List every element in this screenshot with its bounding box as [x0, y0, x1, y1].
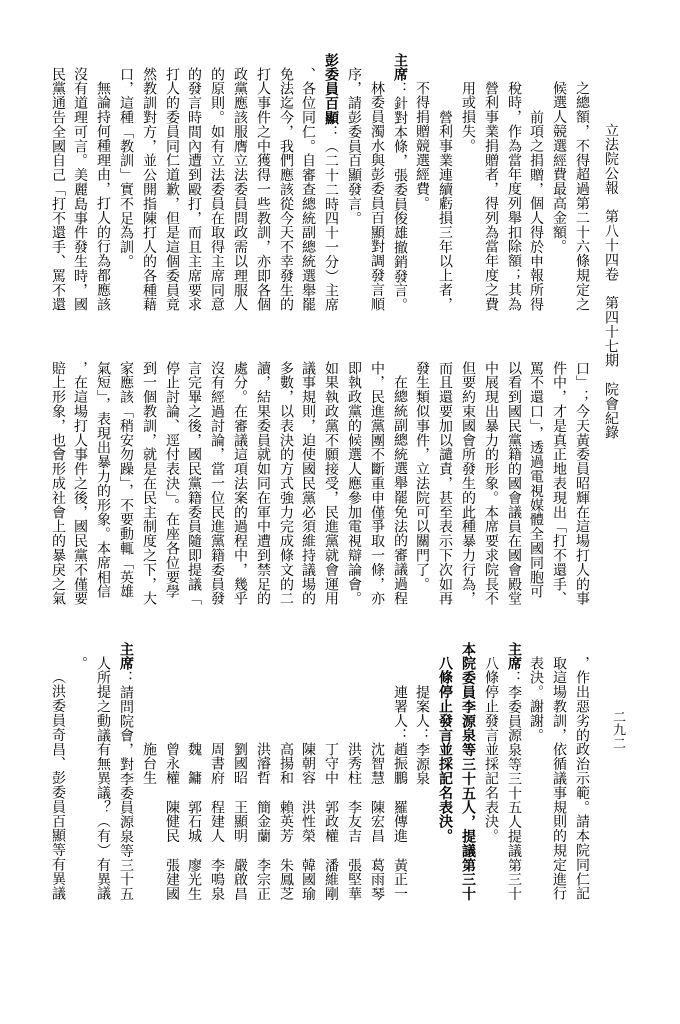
cosigner-name: 洪濬哲: [252, 742, 274, 785]
tier1-line: 無論持何種理由，打人的行為都應該: [92, 81, 114, 311]
cosigner-name: 簡金蘭: [252, 800, 274, 843]
cosigner-name: 王顯明: [229, 800, 251, 843]
cosigner-name: 劉國昭: [229, 742, 251, 785]
cosigner-name: 洪性榮: [297, 800, 319, 843]
cosigner-name: 沈智慧: [366, 742, 388, 785]
tier2-line: 而且還要加以譴責，甚至表示下次如再: [434, 361, 456, 606]
tier1-line: 的發言時間內遭到毆打，而且主席要求: [183, 67, 205, 312]
tier1-line: 之總額，不得超過第二十六條規定之: [571, 81, 593, 311]
cosigner-name: 李鳴泉: [206, 858, 228, 901]
cosigner-name: 高揚和: [275, 742, 297, 785]
tier2-line: 多數，以表決的方式強力完成條文的二: [275, 361, 297, 606]
speaker-name: 主席: [392, 53, 408, 82]
cosigner-name: 張堅華: [343, 858, 365, 901]
tier3-line: 八條停止發言並採記名表決。: [480, 656, 502, 843]
tier1-line: 口，這種「教訓」實不足為訓。: [115, 67, 137, 269]
tier1-line: 營利事業連續虧損三年以上者，: [434, 110, 456, 312]
tier1-line: 然教訓對方，並公開指陳打人的各種藉: [138, 67, 160, 312]
tier1-line: 用或損失。: [457, 81, 479, 153]
chair-remark: 主席：請問院會，對李委員源泉等三十五: [115, 642, 137, 901]
tier1-line: 免法迄今，我們應該從今天不幸發生的: [275, 67, 297, 312]
speech-text: ：針對本條，張委員俊雄撤銷發言。: [392, 82, 408, 312]
cosigner-name: 賴英芳: [275, 800, 297, 843]
tier2-line: 停止討論、逕付表決」。在座各位要學: [161, 361, 183, 599]
cosigner-name: 丁守中: [320, 742, 342, 785]
speech-text: ：請問院會，對李委員源泉等三十五: [118, 671, 134, 901]
tier2-line: 在總統副總統選舉罷免法的審議過程: [389, 375, 411, 605]
tier3-line: 人所提之動議有無異議？（有）有異議: [92, 656, 114, 901]
cosigner-name: 李友吉: [343, 800, 365, 843]
tier2-line: 賠上形象，也會形成社會上的暴戾之氣: [47, 361, 69, 606]
tier2-line: 家應該「稍安勿躁」，不要動輒「英雄: [115, 361, 137, 599]
cosigner-name: 廖光生: [183, 858, 205, 901]
tier2-line: 但要約束國會所發生的此種暴力行為，: [457, 361, 479, 606]
cosigner-name: 陳健民: [161, 800, 183, 843]
tier1-line: 稅時，作為當年度列舉扣除額；其為: [503, 81, 525, 311]
cosigner-name: 程建人: [206, 800, 228, 843]
tier2-line: 罵不還口」，透過電視媒體全國同胞可: [525, 361, 547, 599]
publication-title: 立法院公報: [603, 123, 619, 195]
tier3-line: 。: [69, 656, 91, 670]
tier3-line: （洪委員奇昌、彭委員百顯等有異議: [47, 670, 69, 900]
tier1-line: 打人的委員同仁道歉，但是這個委員竟: [161, 67, 183, 312]
cosigner-name: 潘維剛: [320, 858, 342, 901]
speaker-name: 彭委員百顯: [323, 53, 339, 125]
tier1-line: 林委員濁水與彭委員百顯對調發言順: [366, 81, 388, 311]
tier2-line: 氣短」，表現出暴力的形象。本席相信: [92, 361, 114, 599]
cosigner-name: 陳宏昌: [366, 800, 388, 843]
tier3-line: 取這場教訓，依循議事規則的規定進行: [548, 656, 570, 901]
tier2-line: 中展現出暴力的形象。本席要求院長不: [480, 361, 502, 606]
tier2-line: 即執政黨的候選人應參加電視辯論會。: [343, 361, 365, 606]
cosigner-name: 郭政權: [320, 800, 342, 843]
section-name: 院會紀錄: [603, 382, 619, 440]
tier1-line: 前項之捐贈，個人得於申報所得: [525, 110, 547, 312]
page-number: 二九二: [606, 710, 628, 750]
tier1-line: 、各位同仁。自審查總統副總統選舉罷: [297, 67, 319, 312]
proposer-label: 提案人：: [414, 685, 430, 743]
chair-remark: 主席：針對本條，張委員俊雄撤銷發言。: [389, 53, 411, 312]
tier1-line: 不得捐贈競選經費。: [411, 81, 433, 211]
tier1-line: 候選人競選經費最高金額。: [548, 81, 570, 254]
cosigner-name: 陳朝容: [297, 742, 319, 785]
tier1-line: 沒有道理可言。美麗島事件發生時，國: [69, 67, 91, 312]
tier1-line: 民黨通告全國自己「打不還手、罵不還: [47, 67, 69, 312]
tier2-line: 處分。在審議這項法案的過程中，幾乎: [229, 361, 251, 606]
speech-text: ：李委員源泉等三十五人提議第三十: [506, 671, 522, 901]
tier2-line: 如果執政黨不願接受，民進黨就會運用: [320, 361, 342, 606]
tier2-line: 中，民進黨團不斷重申僅爭取一條，亦: [366, 361, 388, 606]
cosigner-name: 周書府: [206, 742, 228, 785]
speaker-remark: 彭委員百顯：（二十二時四十一分）主席: [320, 53, 342, 312]
cosigner-name: 朱鳳芝: [275, 858, 297, 901]
tier1-line: 營利事業捐贈者，得列為當年度之費: [480, 81, 502, 311]
tier2-line: 到一個教訓，就是在民主制度之下，大: [138, 361, 160, 606]
tier2-line: 言完畢之後，國民黨籍委員隨即提議「: [183, 361, 205, 606]
tier2-line: 發生類似事件，立法院可以關門了。: [411, 361, 433, 591]
speech-text: ：（二十二時四十一分）主席: [323, 125, 339, 312]
cosigner-name: 魏 鏞: [183, 742, 205, 785]
tier2-line: 沒有經過討論，當一位民進黨籍委員發: [206, 361, 228, 606]
cosigner-name: 曾永權: [161, 742, 183, 785]
tier1-line: 打人事件之中獲得一些教訓，亦即各個: [252, 67, 274, 312]
cosigner-name: 羅傳進: [389, 800, 411, 843]
tier1-line: 政黨應該服膺立法委員問政需以理服人: [229, 67, 251, 312]
motion-title: 八條停止發言並採記名表決。: [434, 656, 456, 843]
cosigner-name: 李宗正: [252, 858, 274, 901]
issue-number: 第四十七期: [603, 296, 619, 368]
speaker-name: 主席: [118, 642, 134, 671]
tier3-line: 表決。謝謝。: [525, 656, 547, 742]
cosigner-name: 施台生: [138, 742, 160, 785]
cosigner-name: 洪秀柱: [343, 742, 365, 785]
tier2-line: 議事規則，迫使國民黨必須維持議場的: [297, 361, 319, 606]
chair-remark: 主席：李委員源泉等三十五人提議第三十: [503, 642, 525, 901]
running-header: 立法院公報 第八十四卷 第四十七期 院會紀錄: [600, 123, 622, 440]
tier3-line: ，作出惡劣的政治示範。請本院同仁記: [571, 656, 593, 901]
cosigner-name: 嚴啟昌: [229, 858, 251, 901]
proposer-name: 李源泉: [414, 743, 430, 786]
cosigners-label: 連署人：: [389, 685, 411, 743]
tier2-line: 口」；今天黃委員昭輝在這場打人的事: [571, 361, 593, 606]
cosigner-name: 張建國: [161, 858, 183, 901]
tier2-line: 件中，才是真正地表現出「打不還手、: [548, 361, 570, 606]
cosigner-name: 郭石城: [183, 800, 205, 843]
proposer: 提案人：李源泉: [411, 685, 433, 786]
tier2-line: 以看到國民黨籍的國會議員在國會殿堂: [503, 361, 525, 606]
tier1-line: 序，請彭委員百顯發言。: [343, 67, 365, 225]
cosigner-name: 韓國瑜: [297, 858, 319, 901]
volume-number: 第八十四卷: [603, 209, 619, 281]
cosigner-name: 趙振鵬: [389, 742, 411, 785]
tier2-line: 讀，結果委員就如同在軍中遭到禁足的: [252, 361, 274, 606]
cosigner-name: 葛雨琴: [366, 858, 388, 901]
speaker-name: 主席: [506, 642, 522, 671]
tier1-line: 的原則。如有立法委員在取得主席同意: [206, 67, 228, 312]
tier2-line: ，在這場打人事件之後，國民黨不僅要: [69, 361, 91, 606]
motion-title: 本院委員李源泉等三十五人，提議第三十: [457, 642, 479, 901]
cosigner-name: 黃正一: [389, 858, 411, 901]
